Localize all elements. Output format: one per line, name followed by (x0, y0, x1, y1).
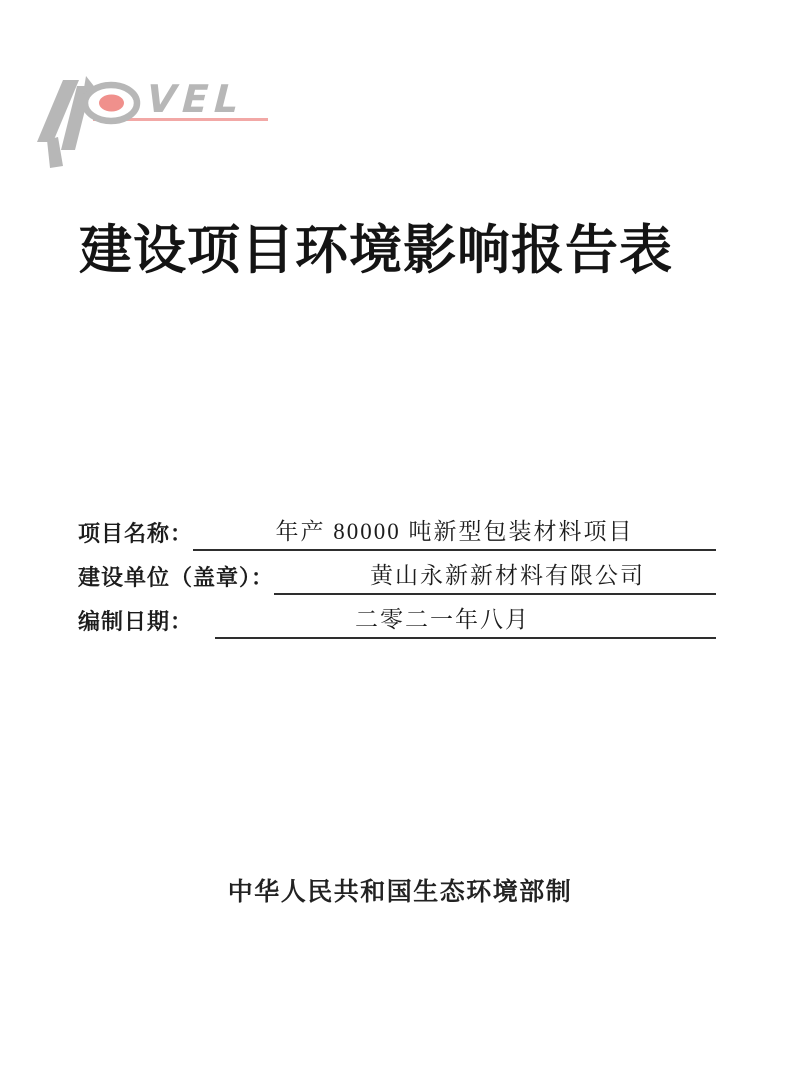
form-row-construction-unit: 建设单位（盖章）： 黄山永新新材料有限公司 (78, 551, 716, 595)
compile-date-label: 编制日期： (78, 605, 193, 639)
novel-logo-graphic: VEL (30, 70, 280, 178)
logo-n-foot-stroke (47, 137, 63, 168)
logo-vel-text: VEL (141, 78, 250, 122)
form-row-project-name: 项目名称： 年产 80000 吨新型包装材料项目 (78, 507, 716, 551)
cover-form: 项目名称： 年产 80000 吨新型包装材料项目 建设单位（盖章）： 黄山永新新… (78, 507, 716, 639)
logo-o-dot (99, 95, 124, 112)
document-page: VEL 建设项目环境影响报告表 项目名称： 年产 80000 吨新型包装材料项目… (0, 0, 800, 1082)
construction-unit-underline: 黄山永新新材料有限公司 (274, 557, 716, 595)
construction-unit-value: 黄山永新新材料有限公司 (370, 563, 645, 588)
project-name-label: 项目名称： (78, 517, 193, 551)
compile-date-underline: 二零二一年八月 (215, 601, 716, 639)
issuer-line: 中华人民共和国生态环境部制 (0, 876, 800, 910)
project-name-underline: 年产 80000 吨新型包装材料项目 (193, 513, 716, 551)
novel-logo: VEL (30, 70, 280, 178)
page-title: 建设项目环境影响报告表 (0, 212, 800, 290)
compile-date-value: 二零二一年八月 (355, 607, 530, 632)
form-row-compile-date: 编制日期： 二零二一年八月 (78, 595, 716, 639)
construction-unit-label: 建设单位（盖章）： (78, 561, 274, 595)
project-name-value: 年产 80000 吨新型包装材料项目 (276, 519, 634, 544)
